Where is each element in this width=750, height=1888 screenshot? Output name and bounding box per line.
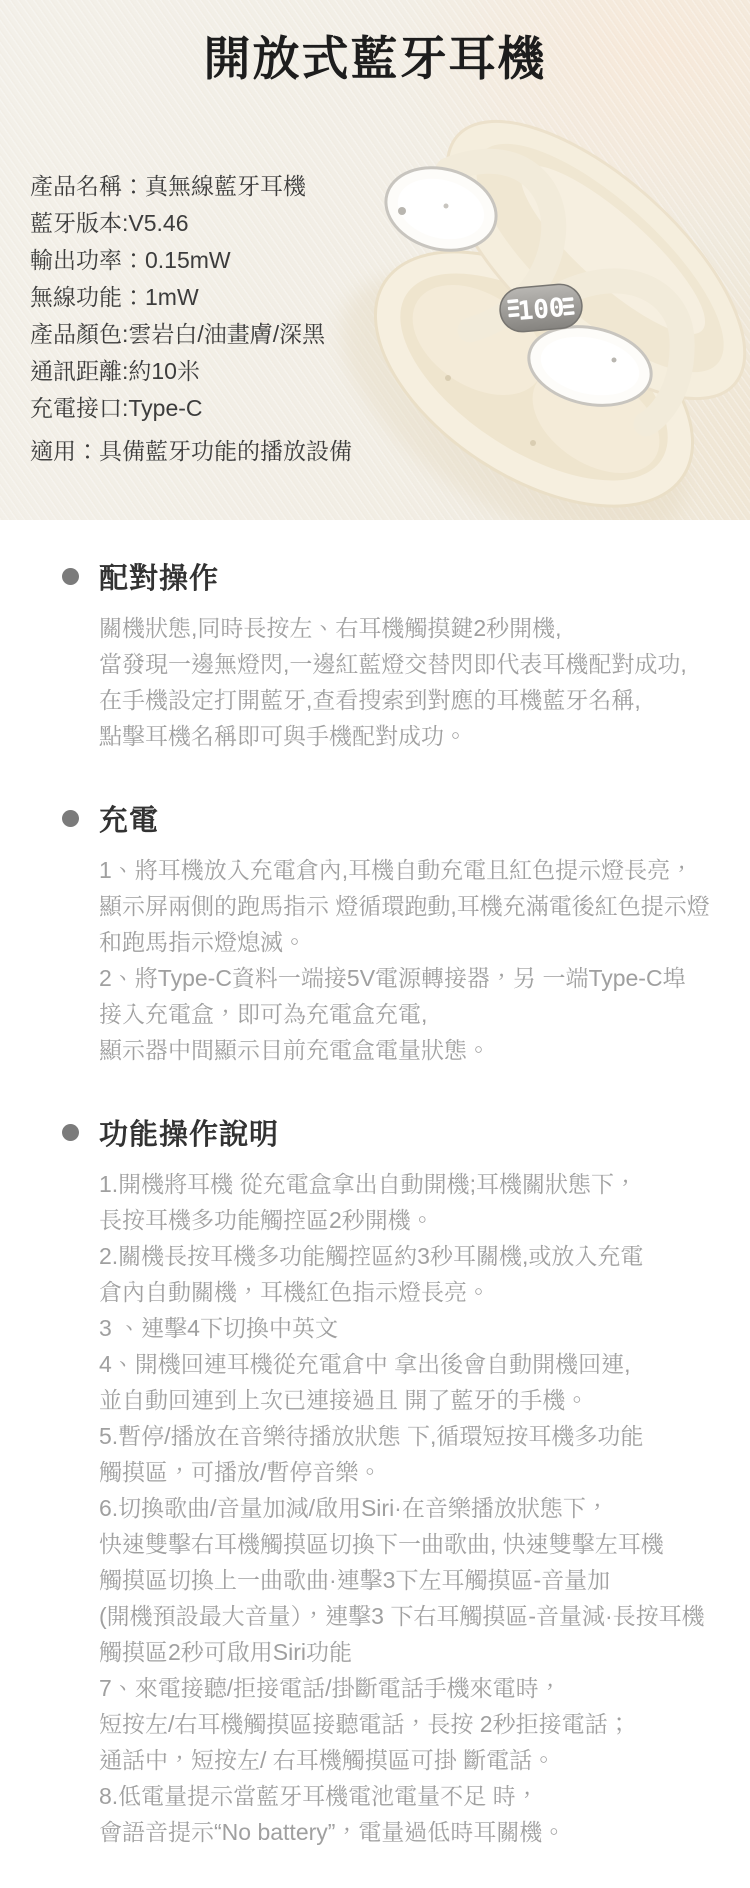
- body-text-line: 2、將Type-C資料一端接5V電源轉接器，另 一端Type-C埠: [99, 960, 730, 996]
- page-title: 開放式藍牙耳機: [0, 0, 750, 89]
- body-text-line: 會語音提示“No battery”，電量過低時耳關機。: [99, 1814, 730, 1850]
- instructions: 配對操作 關機狀態,同時長按左、右耳機觸摸鍵2秒開機,當發現一邊無燈閃,一邊紅藍…: [0, 520, 750, 1850]
- spec-line: 適用：具備藍牙功能的播放設備: [30, 433, 352, 470]
- body-text-line: 1.開機將耳機 從充電盒拿出自動開機;耳機關狀態下，: [99, 1166, 730, 1202]
- spec-line: 產品顏色:雲岩白/油畫膚/深黑: [30, 316, 352, 353]
- body-text-line: 觸摸區切換上一曲歌曲·連擊3下左耳觸摸區-音量加: [99, 1562, 730, 1598]
- body-text-line: 3 、連擊4下切換中英文: [99, 1310, 730, 1346]
- body-text-line: 4、開機回連耳機從充電倉中 拿出後會自動開機回連,: [99, 1346, 730, 1382]
- body-text-line: (開機預設最大音量），連擊3 下右耳觸摸區-音量減·長按耳機: [99, 1598, 730, 1634]
- body-text-line: 8.低電量提示當藍牙耳機電池電量不足 時，: [99, 1778, 730, 1814]
- spec-line: 藍牙版本:V5.46: [30, 205, 352, 242]
- spec-line: 輸出功率：0.15mW: [30, 242, 352, 279]
- body-text-line: 顯示屏兩側的跑馬指示 燈循環跑動,耳機充滿電後紅色提示燈: [99, 888, 730, 924]
- display-value: 100: [516, 293, 565, 327]
- body-text-line: 當發現一邊無燈閃,一邊紅藍燈交替閃即代表耳機配對成功,: [99, 646, 730, 682]
- section-heading-row: 充電: [62, 798, 730, 838]
- spec-line: 產品名稱：真無線藍牙耳機: [30, 168, 352, 205]
- body-text-line: 6.切換歌曲/音量加減/啟用Siri·在音樂播放狀態下，: [99, 1490, 730, 1526]
- body-text-line: 2.關機長按耳機多功能觸控區約3秒耳關機,或放入充電: [99, 1238, 730, 1274]
- bullet-icon: [62, 810, 79, 827]
- body-text-line: 長按耳機多功能觸控區2秒開機。: [99, 1202, 730, 1238]
- section-heading: 功能操作說明: [99, 1112, 279, 1153]
- body-text-line: 通話中，短按左/ 右耳機觸摸區可掛 斷電話。: [99, 1742, 730, 1778]
- spec-line: 無線功能：1mW: [30, 279, 352, 316]
- body-text-line: 1、將耳機放入充電倉內,耳機自動充電且紅色提示燈長亮，: [99, 852, 730, 888]
- body-text-line: 顯示器中間顯示目前充電盒電量狀態。: [99, 1032, 730, 1068]
- bullet-icon: [62, 1124, 79, 1141]
- product-image: 100: [328, 78, 750, 520]
- product-manual-page: 100 開放式藍牙耳機 產品名稱：真無線藍牙耳機藍牙版本:V5.46輸出功率：0…: [0, 0, 750, 1888]
- section-heading-row: 配對操作: [62, 556, 730, 596]
- spec-line: 充電接口:Type-C: [30, 390, 352, 427]
- bullet-icon: [62, 568, 79, 585]
- body-text-line: 關機狀態,同時長按左、右耳機觸摸鍵2秒開機,: [99, 610, 730, 646]
- spec-line: 通訊距離:約10米: [30, 353, 352, 390]
- body-text-line: 快速雙擊右耳機觸摸區切換下一曲歌曲, 快速雙擊左耳機: [99, 1526, 730, 1562]
- body-text-line: 在手機設定打開藍牙,查看搜索到對應的耳機藍牙名稱,: [99, 682, 730, 718]
- body-text-line: 觸摸區，可播放/暫停音樂。: [99, 1454, 730, 1490]
- body-text-line: 7、來電接聽/拒接電話/掛斷電話手機來電時，: [99, 1670, 730, 1706]
- body-text-line: 點擊耳機名稱即可與手機配對成功。: [99, 718, 730, 754]
- section-body: 1、將耳機放入充電倉內,耳機自動充電且紅色提示燈長亮，顯示屏兩側的跑馬指示 燈循…: [99, 852, 730, 1068]
- battery-display: 100: [498, 283, 584, 334]
- body-text-line: 5.暫停/播放在音樂待播放狀態 下,循環短按耳機多功能: [99, 1418, 730, 1454]
- section-heading-row: 功能操作說明: [62, 1112, 730, 1152]
- section-functions: 功能操作說明 1.開機將耳機 從充電盒拿出自動開機;耳機關狀態下，長按耳機多功能…: [0, 1068, 750, 1850]
- body-text-line: 倉內自動關機，耳機紅色指示燈長亮。: [99, 1274, 730, 1310]
- section-heading: 配對操作: [99, 556, 219, 597]
- section-charging: 充電 1、將耳機放入充電倉內,耳機自動充電且紅色提示燈長亮，顯示屏兩側的跑馬指示…: [0, 754, 750, 1068]
- body-text-line: 和跑馬指示燈熄滅。: [99, 924, 730, 960]
- hero-section: 100 開放式藍牙耳機 產品名稱：真無線藍牙耳機藍牙版本:V5.46輸出功率：0…: [0, 0, 750, 520]
- section-heading: 充電: [99, 798, 159, 839]
- section-pairing: 配對操作 關機狀態,同時長按左、右耳機觸摸鍵2秒開機,當發現一邊無燈閃,一邊紅藍…: [0, 520, 750, 754]
- spec-list: 產品名稱：真無線藍牙耳機藍牙版本:V5.46輸出功率：0.15mW無線功能：1m…: [30, 168, 352, 470]
- battery-icon-right: [562, 297, 574, 315]
- section-body: 1.開機將耳機 從充電盒拿出自動開機;耳機關狀態下，長按耳機多功能觸控區2秒開機…: [99, 1166, 730, 1850]
- body-text-line: 短按左/右耳機觸摸區接聽電話，長按 2秒拒接電話；: [99, 1706, 730, 1742]
- body-text-line: 接入充電盒，即可為充電盒充電,: [99, 996, 730, 1032]
- body-text-line: 並自動回連到上次已連接過且 開了藍牙的手機。: [99, 1382, 730, 1418]
- section-body: 關機狀態,同時長按左、右耳機觸摸鍵2秒開機,當發現一邊無燈閃,一邊紅藍燈交替閃即…: [99, 610, 730, 754]
- body-text-line: 觸摸區2秒可啟用Siri功能: [99, 1634, 730, 1670]
